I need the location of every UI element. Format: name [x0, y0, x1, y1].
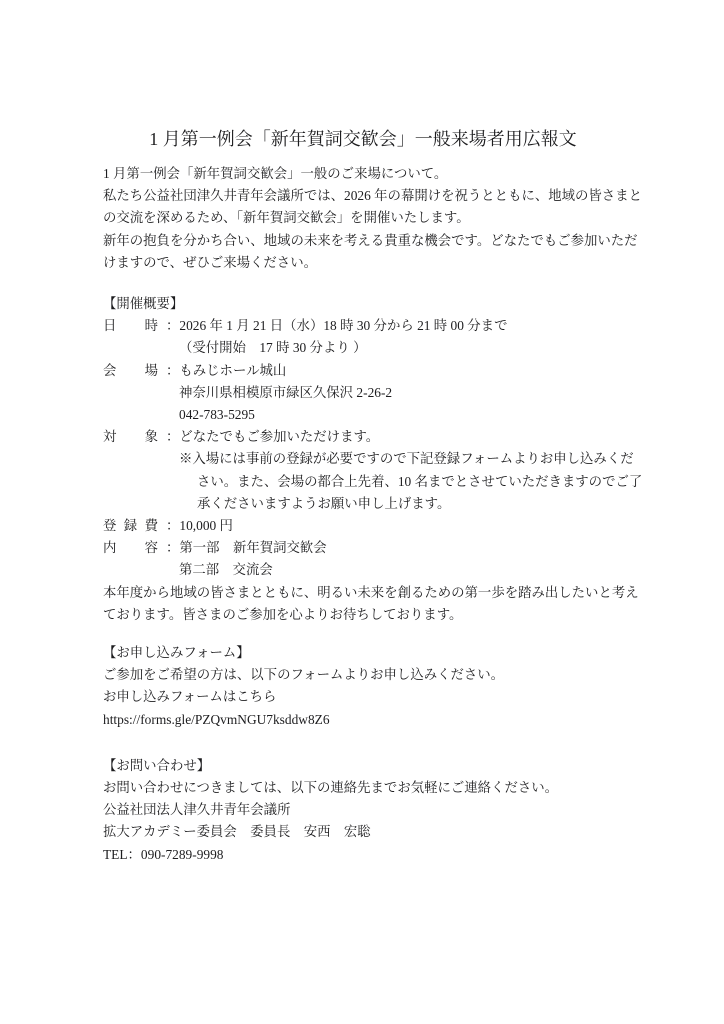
field-label-audience: 対象	[103, 426, 158, 448]
document-page: 1 月第一例会「新年賀詞交歓会」一般来場者用広報文 1 月第一例会「新年賀詞交歓…	[0, 0, 724, 1024]
overview-section-heading: 【開催概要】	[103, 293, 623, 315]
audience-note-line: ※入場には事前の登録が必要ですので下記登録フォームよりお申し込みくだ	[103, 448, 623, 470]
field-value-datetime: ：2026 年 1 月 21 日（水）18 時 30 分から 21 時 00 分…	[166, 318, 507, 333]
contact-organization: 公益社団法人津久井青年会議所	[103, 799, 623, 821]
overview-item-fee: 登録費：10,000 円	[103, 515, 623, 537]
field-value-fee: ：10,000 円	[166, 518, 233, 533]
application-form-url: https://forms.gle/PZQvmNGU7ksddw8Z6	[103, 709, 623, 731]
intro-line: 私たち公益社団津久井青年会議所では、2026 年の幕開けを祝うとともに、地域の皆…	[103, 185, 623, 207]
intro-line: 新年の抱負を分かち合い、地域の未来を考える貴重な機会です。どなたでもご参加いただ	[103, 230, 623, 252]
field-value-datetime-reception: （受付開始 17 時 30 分より ）	[103, 337, 623, 359]
venue-phone: 042-783-5295	[103, 404, 623, 426]
application-line: お申し込みフォームはこちら	[103, 686, 623, 708]
closing-line: ております。皆さまのご参加を心よりお待ちしております。	[103, 604, 623, 626]
intro-line: 1 月第一例会「新年賀詞交歓会」一般のご来場について。	[103, 163, 623, 185]
contact-person: 拡大アカデミー委員会 委員長 安西 宏聡	[103, 821, 623, 843]
application-section-heading: 【お申し込みフォーム】	[103, 642, 623, 664]
document-body: 1 月第一例会「新年賀詞交歓会」一般来場者用広報文 1 月第一例会「新年賀詞交歓…	[103, 126, 623, 866]
overview-item-program: 内容：第一部 新年賀詞交歓会 第二部 交流会	[103, 537, 623, 581]
field-label-venue: 会場	[103, 360, 158, 382]
overview-item-audience: 対象：どなたでもご参加いただけます。 ※入場には事前の登録が必要ですので下記登録…	[103, 426, 623, 515]
closing-line: 本年度から地域の皆さまとともに、明るい未来を創るための第一歩を踏み出したいと考え	[103, 582, 623, 604]
intro-line: けますので、ぜひご来場ください。	[103, 252, 623, 274]
field-value-audience: ：どなたでもご参加いただけます。	[166, 429, 379, 444]
field-label-fee: 登録費	[103, 515, 158, 537]
contact-section-heading: 【お問い合わせ】	[103, 755, 623, 777]
overview-item-venue: 会場：もみじホール城山 神奈川県相模原市緑区久保沢 2-26-2 042-783…	[103, 360, 623, 427]
overview-section: 日時：2026 年 1 月 21 日（水）18 時 30 分から 21 時 00…	[103, 315, 623, 626]
audience-note-line: 承くださいますようお願い申し上げます。	[103, 493, 623, 515]
contact-section: 【お問い合わせ】 お問い合わせにつきましては、以下の連絡先までお気軽にご連絡くだ…	[103, 755, 623, 866]
overview-closing-paragraph: 本年度から地域の皆さまとともに、明るい未来を創るための第一歩を踏み出したいと考え…	[103, 582, 623, 626]
venue-address: 神奈川県相模原市緑区久保沢 2-26-2	[103, 382, 623, 404]
contact-line: お問い合わせにつきましては、以下の連絡先までお気軽にご連絡ください。	[103, 777, 623, 799]
page-title: 1 月第一例会「新年賀詞交歓会」一般来場者用広報文	[103, 126, 623, 152]
audience-note-line: さい。また、会場の都合上先着、10 名までとさせていただきますのでご了	[103, 471, 623, 493]
field-value-venue: ：もみじホール城山	[166, 363, 286, 378]
field-value-program-part2: 第二部 交流会	[103, 559, 623, 581]
application-line: ご参加をご希望の方は、以下のフォームよりお申し込みください。	[103, 664, 623, 686]
intro-line: の交流を深めるため、「新年賀詞交歓会」を開催いたします。	[103, 207, 623, 229]
overview-item-datetime: 日時：2026 年 1 月 21 日（水）18 時 30 分から 21 時 00…	[103, 315, 623, 359]
field-label-datetime: 日時	[103, 315, 158, 337]
application-section: 【お申し込みフォーム】 ご参加をご希望の方は、以下のフォームよりお申し込みくださ…	[103, 642, 623, 731]
field-label-program: 内容	[103, 537, 158, 559]
intro-paragraph: 1 月第一例会「新年賀詞交歓会」一般のご来場について。 私たち公益社団津久井青年…	[103, 163, 623, 274]
contact-phone: TEL：090-7289-9998	[103, 844, 623, 866]
field-value-program-part1: ：第一部 新年賀詞交歓会	[166, 540, 327, 555]
